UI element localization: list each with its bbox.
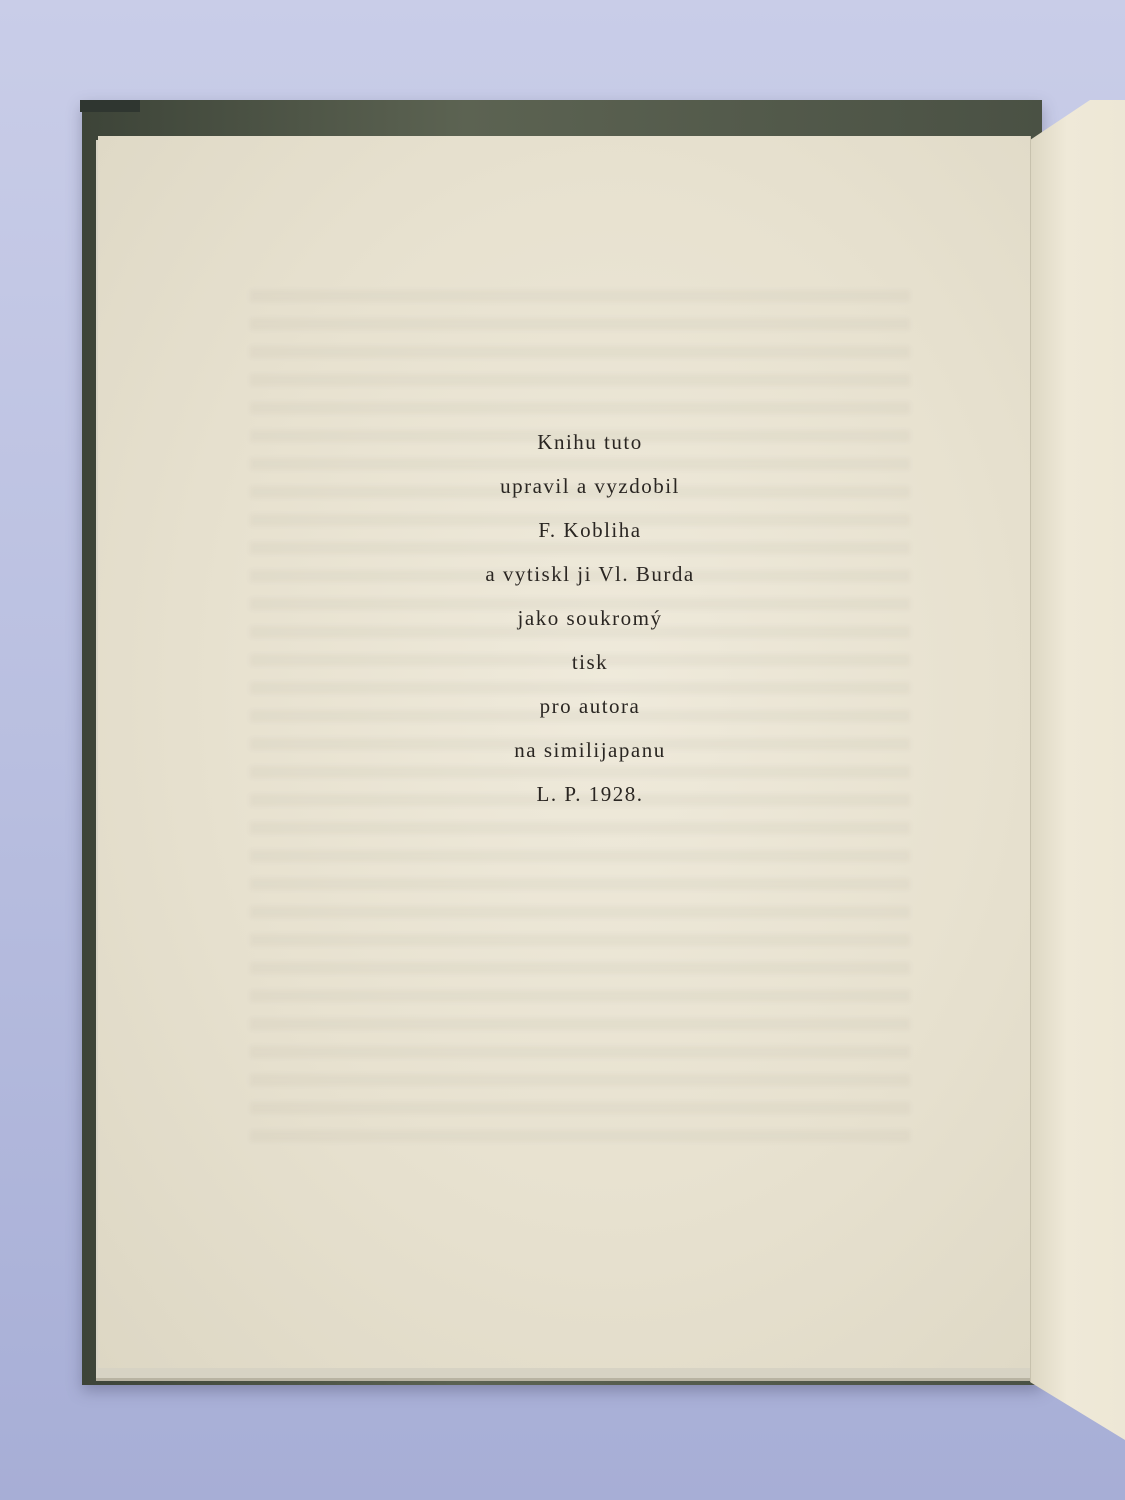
colophon-line: tisk: [380, 640, 800, 684]
colophon-line: pro autora: [380, 684, 800, 728]
colophon-line: L. P. 1928.: [380, 772, 800, 816]
right-page: [1030, 100, 1125, 1440]
colophon-line: na similijapanu: [380, 728, 800, 772]
colophon-line: jako soukromý: [380, 596, 800, 640]
cover-corner: [80, 100, 140, 112]
colophon-line: a vytiskl ji Vl. Burda: [380, 552, 800, 596]
colophon-line: upravil a vyzdobil: [380, 464, 800, 508]
colophon-text: Knihu tuto upravil a vyzdobil F. Kobliha…: [380, 420, 800, 816]
colophon-line: Knihu tuto: [380, 420, 800, 464]
colophon-line: F. Kobliha: [380, 508, 800, 552]
